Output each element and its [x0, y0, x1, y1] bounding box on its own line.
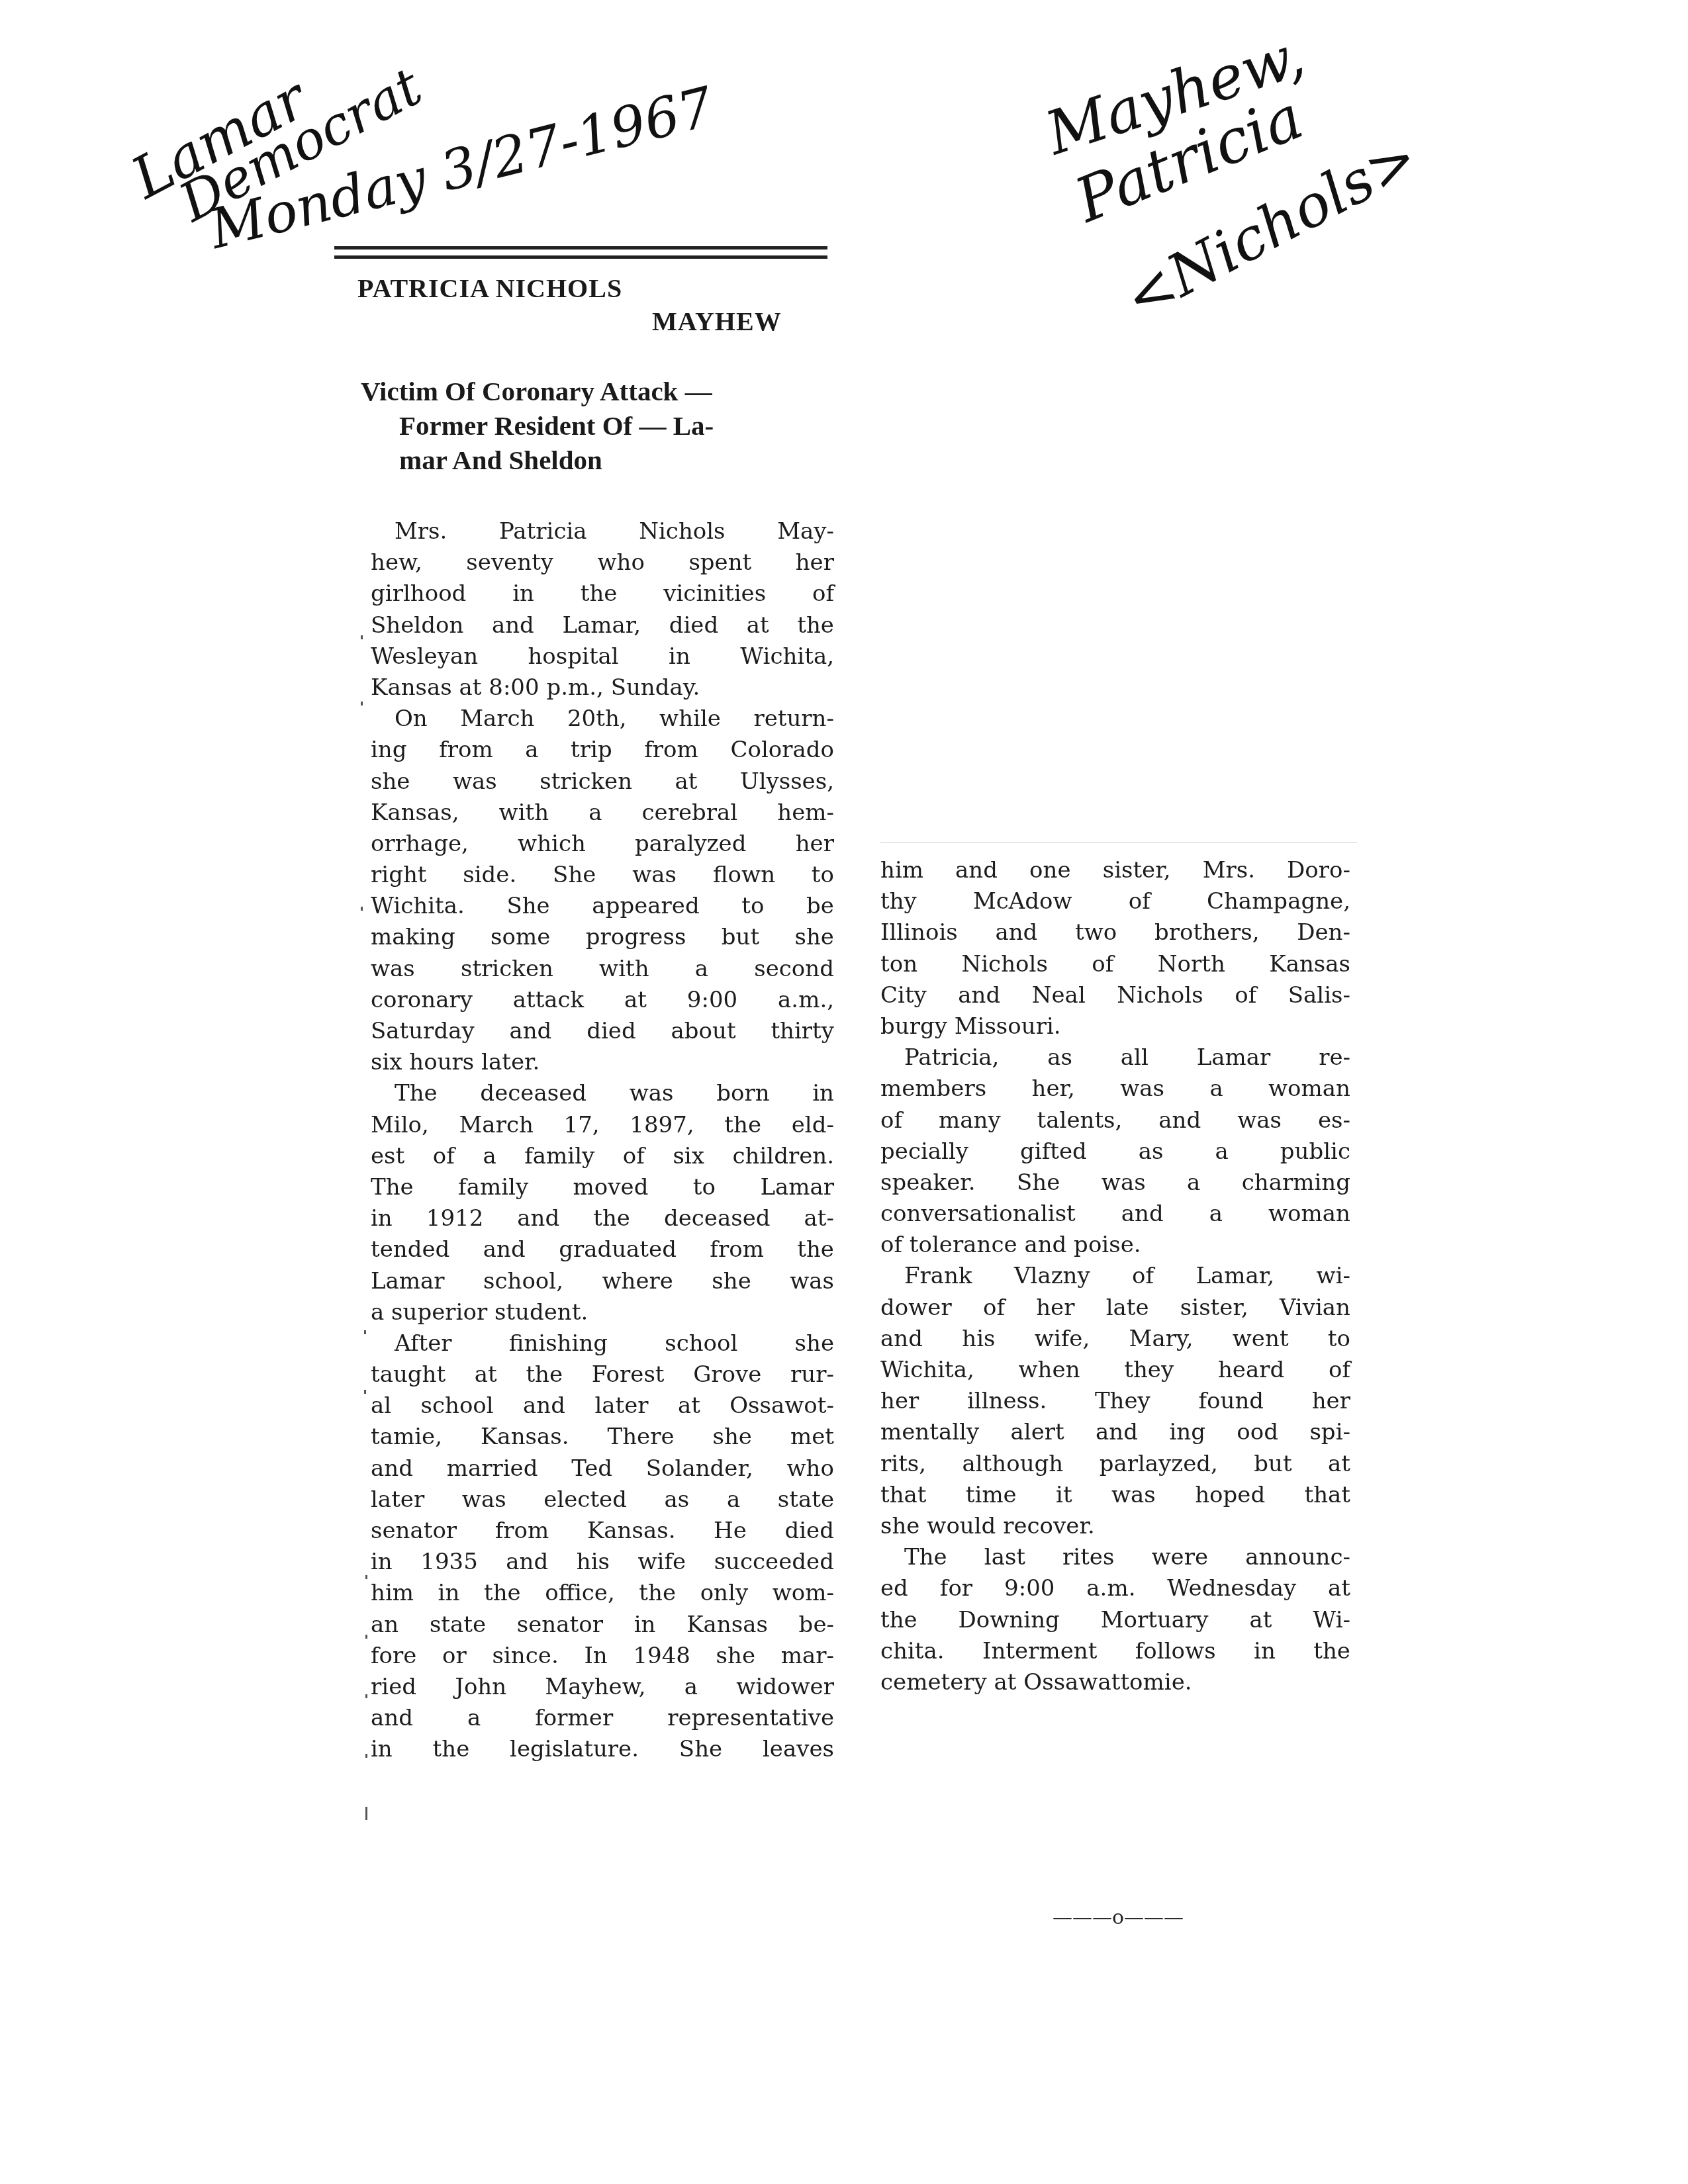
headline-line: Victim Of Coronary Attack — — [361, 374, 837, 408]
text-line: ried John Mayhew, a widower — [371, 1672, 834, 1703]
text-line: him and one sister, Mrs. Doro- — [880, 855, 1350, 886]
text-line: fore or since. In 1948 she mar- — [371, 1641, 834, 1672]
headline-line: mar And Sheldon — [361, 443, 837, 477]
text-line: in 1935 and his wife succeeded — [371, 1547, 834, 1578]
text-line: Kansas at 8:00 p.m., Sunday. — [371, 672, 834, 704]
text-line: her illness. They found her — [880, 1386, 1350, 1417]
text-line: in the legislature. She leaves — [371, 1734, 834, 1765]
text-line: six hours later. — [371, 1047, 834, 1078]
text-line: pecially gifted as a public — [880, 1136, 1350, 1167]
text-line: dower of her late sister, Vivian — [880, 1293, 1350, 1324]
article-column-2: him and one sister, Mrs. Doro-thy McAdow… — [880, 855, 1350, 1698]
text-line: City and Neal Nichols of Salis- — [880, 980, 1350, 1011]
text-line: coronary attack at 9:00 a.m., — [371, 985, 834, 1016]
end-ornament: ———o——— — [1053, 1906, 1184, 1929]
scan-speck — [365, 1635, 367, 1639]
article-headline: Victim Of Coronary Attack — Former Resid… — [361, 374, 837, 477]
text-line: girlhood in the vicinities of — [371, 578, 834, 610]
text-line: Kansas, with a cerebral hem- — [371, 797, 834, 829]
text-line: Mrs. Patricia Nichols May- — [371, 516, 834, 547]
text-line: est of a family of six children. — [371, 1141, 834, 1172]
text-line: cemetery at Ossawattomie. — [880, 1667, 1350, 1698]
scan-speck — [361, 635, 363, 639]
text-line: later was elected as a state — [371, 1484, 834, 1516]
text-line: an state senator in Kansas be- — [371, 1610, 834, 1641]
text-line: Lamar school, where she was — [371, 1266, 834, 1297]
text-line: that time it was hoped that — [880, 1480, 1350, 1511]
text-line: tamie, Kansas. There she met — [371, 1422, 834, 1453]
text-line: Illinois and two brothers, Den- — [880, 917, 1350, 948]
text-line: and a former representative — [371, 1703, 834, 1734]
text-line: conversationalist and a woman — [880, 1199, 1350, 1230]
text-line: Wichita, when they heard of — [880, 1355, 1350, 1386]
text-line: speaker. She was a charming — [880, 1167, 1350, 1199]
text-line: ed for 9:00 a.m. Wednesday at — [880, 1573, 1350, 1604]
text-line: mentally alert and ing ood spi- — [880, 1417, 1350, 1448]
text-line: she would recover. — [880, 1511, 1350, 1542]
text-line: Wesleyan hospital in Wichita, — [371, 641, 834, 672]
text-line: rits, although parlayzed, but at — [880, 1449, 1350, 1480]
text-line: making some progress but she — [371, 922, 834, 953]
text-line: was stricken with a second — [371, 954, 834, 985]
text-line: right side. She was flown to — [371, 860, 834, 891]
text-line: Patricia, as all Lamar re- — [880, 1042, 1350, 1073]
text-line: a superior student. — [371, 1297, 834, 1328]
header-double-rule — [334, 246, 827, 259]
text-line: and his wife, Mary, went to — [880, 1324, 1350, 1355]
text-line: Milo, March 17, 1897, the eld- — [371, 1110, 834, 1141]
text-line: Wichita. She appeared to be — [371, 891, 834, 922]
text-line: and married Ted Solander, who — [371, 1453, 834, 1484]
text-line: al school and later at Ossawot- — [371, 1390, 834, 1422]
text-line: she was stricken at Ulysses, — [371, 766, 834, 797]
scan-speck — [364, 1390, 366, 1394]
text-line: The family moved to Lamar — [371, 1172, 834, 1203]
text-line: hew, seventy who spent her — [371, 547, 834, 578]
obituary-name: PATRICIA NICHOLS — [357, 273, 622, 304]
text-line: The deceased was born in — [371, 1078, 834, 1109]
headline-line: Former Resident Of — La- — [361, 408, 837, 443]
text-line: Sheldon and Lamar, died at the — [371, 610, 834, 641]
text-line: orrhage, which paralyzed her — [371, 829, 834, 860]
text-line: On March 20th, while return- — [371, 704, 834, 735]
text-line: thy McAdow of Champagne, — [880, 886, 1350, 917]
text-line: After finishing school she — [371, 1328, 834, 1359]
text-line: tended and graduated from the — [371, 1234, 834, 1265]
text-line: the Downing Mortuary at Wi- — [880, 1605, 1350, 1636]
clipping-edge-top — [880, 842, 1357, 843]
scan-speck — [361, 702, 363, 705]
scan-speck — [361, 907, 363, 911]
text-line: The last rites were announc- — [880, 1542, 1350, 1573]
text-line: him in the office, the only wom- — [371, 1578, 834, 1609]
text-line: chita. Interment follows in the — [880, 1636, 1350, 1667]
text-line: members her, was a woman — [880, 1073, 1350, 1105]
scan-speck — [365, 1807, 367, 1820]
text-line: burgy Missouri. — [880, 1011, 1350, 1042]
article-column-1: Mrs. Patricia Nichols May-hew, seventy w… — [371, 516, 834, 1766]
obituary-surname: MAYHEW — [652, 306, 782, 337]
text-line: ing from a trip from Colorado — [371, 735, 834, 766]
scan-speck — [364, 1330, 366, 1334]
text-line: Saturday and died about thirty — [371, 1016, 834, 1047]
text-line: ton Nichols of North Kansas — [880, 949, 1350, 980]
text-line: senator from Kansas. He died — [371, 1516, 834, 1547]
scan-speck — [365, 1575, 367, 1579]
text-line: Frank Vlazny of Lamar, wi- — [880, 1261, 1350, 1292]
scan-speck — [365, 1694, 367, 1698]
text-line: of tolerance and poise. — [880, 1230, 1350, 1261]
text-line: in 1912 and the deceased at- — [371, 1203, 834, 1234]
scan-speck — [365, 1754, 367, 1758]
text-line: taught at the Forest Grove rur- — [371, 1359, 834, 1390]
text-line: of many talents, and was es- — [880, 1105, 1350, 1136]
